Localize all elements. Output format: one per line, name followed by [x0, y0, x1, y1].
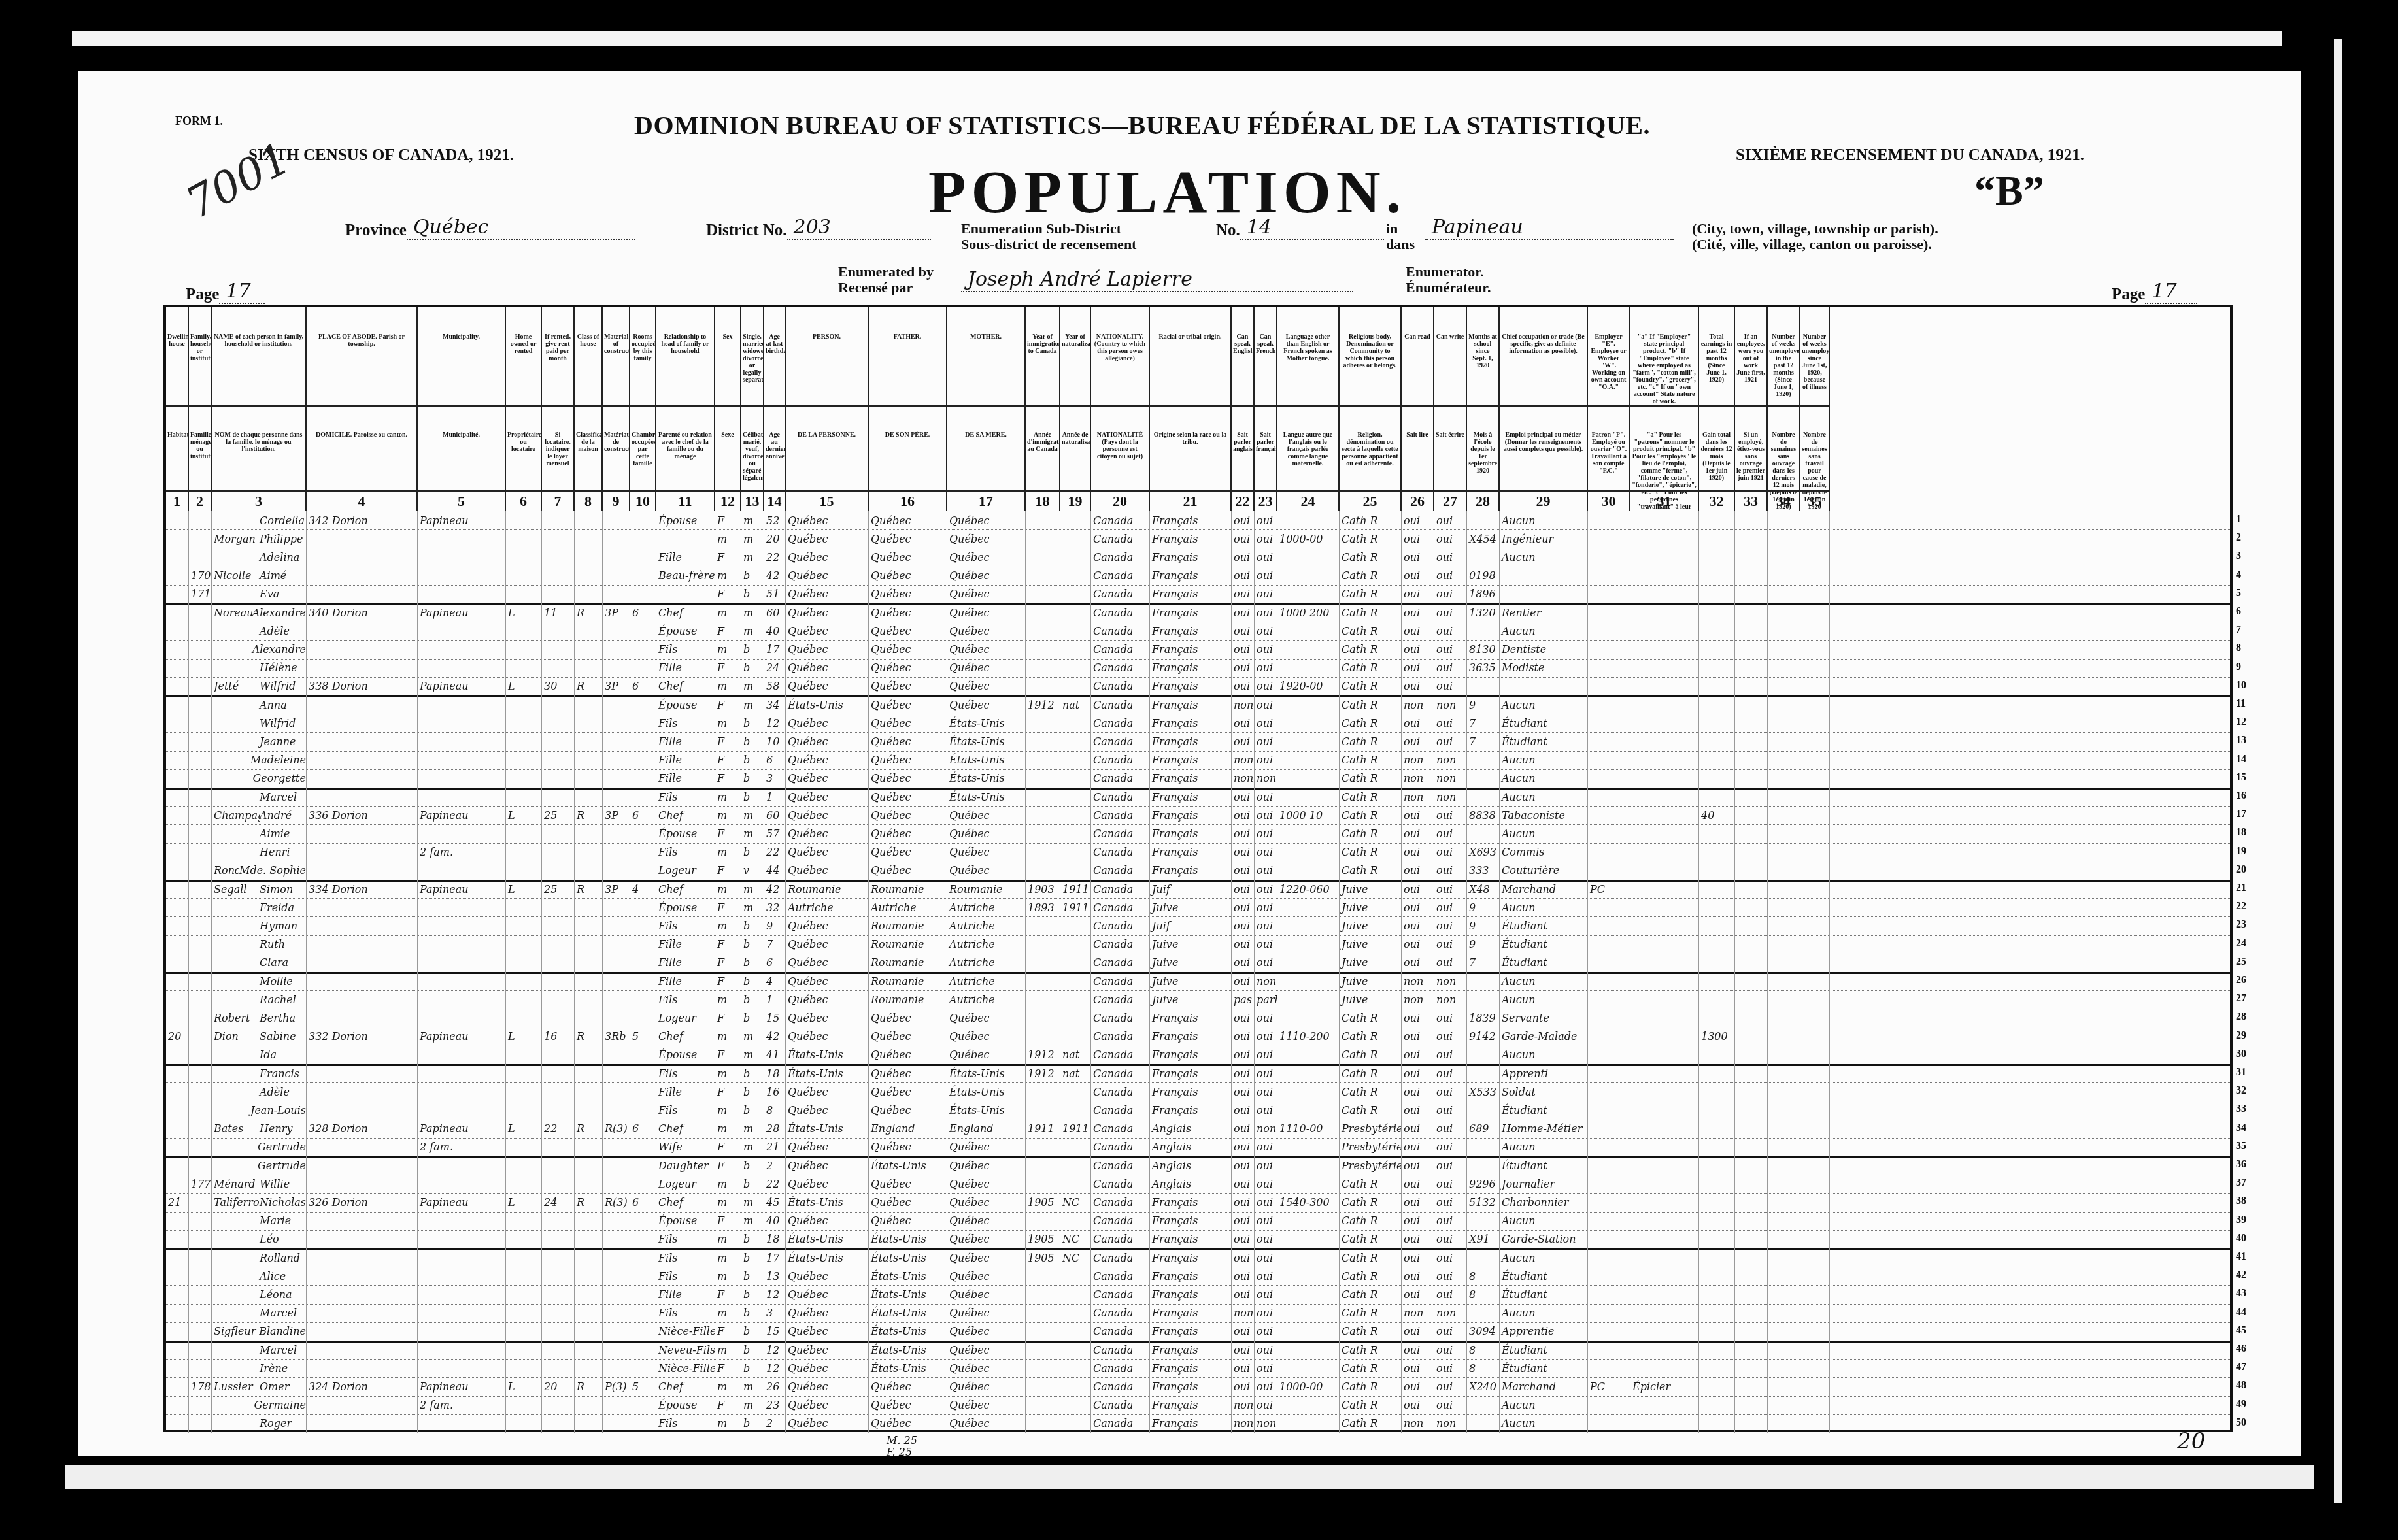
- cell-birth-mother: Québec: [947, 529, 1026, 548]
- cell-out-of-work: [1735, 1028, 1768, 1046]
- cell-birth-person: Québec: [786, 935, 869, 954]
- table-row: 170NicolleAiméBeau-frèremb42QuébecQuébec…: [166, 567, 2230, 586]
- cell-tenure: [506, 1230, 542, 1248]
- cell-employer: [1588, 916, 1630, 935]
- header-divider: [418, 490, 505, 492]
- cell-dwelling: [166, 603, 189, 622]
- cell-birth-mother: Québec: [947, 622, 1026, 640]
- enumerated-by-label: Enumerated by Recensé par: [838, 264, 934, 295]
- cell-municipality: [418, 695, 506, 714]
- cell-birth-person: Québec: [786, 1082, 869, 1101]
- cell-class: [575, 585, 603, 603]
- given-name: Irène: [260, 1362, 288, 1375]
- cell-earnings: [1699, 695, 1735, 714]
- cell-nationality: Canada: [1091, 990, 1150, 1009]
- cell-age: 17: [764, 1248, 786, 1267]
- cell-nationality: Canada: [1091, 585, 1150, 603]
- cell-nationality: Canada: [1091, 1377, 1150, 1396]
- cell-class: [575, 529, 603, 548]
- header-divider: [656, 490, 714, 492]
- cell-marital: b: [741, 1230, 764, 1248]
- cell-eng: oui: [1232, 1175, 1255, 1193]
- cell-earnings: [1699, 1046, 1735, 1064]
- place-hint: (City, town, village, township or parish…: [1692, 221, 1938, 252]
- cell-fre: non: [1255, 769, 1277, 788]
- cell-origin: Anglais: [1150, 1138, 1232, 1156]
- cell-rent: [542, 622, 575, 640]
- cell-immigration: [1026, 788, 1060, 806]
- cell-naturalization: [1060, 603, 1091, 622]
- cell-birth-person: Québec: [786, 1285, 869, 1303]
- cell-sex: m: [715, 880, 741, 898]
- cell-class: R: [575, 1377, 603, 1396]
- cell-abode: [307, 972, 418, 990]
- cell-naturalization: [1060, 1175, 1091, 1193]
- cell-school: 7: [1467, 954, 1500, 972]
- cell-age: 4: [764, 972, 786, 990]
- column-number: 34: [1768, 493, 1799, 510]
- cell-given: LussierOmer: [212, 1377, 307, 1396]
- cell-nationality: Canada: [1091, 1028, 1150, 1046]
- cell-occupation: Tabaconiste: [1500, 806, 1588, 824]
- cell-marital: m: [741, 1212, 764, 1230]
- cell-nationality: Canada: [1091, 1414, 1150, 1433]
- cell-rent: [542, 1046, 575, 1064]
- cell-weeks-illness: [1800, 732, 1830, 750]
- cell-origin: Français: [1150, 1028, 1232, 1046]
- cell-industry: [1630, 972, 1699, 990]
- cell-origin: Français: [1150, 1359, 1232, 1377]
- line-number: 8: [2236, 643, 2241, 654]
- cell-municipality: [418, 990, 506, 1009]
- cell-given: Eva: [212, 585, 307, 603]
- cell-abode: [307, 567, 418, 585]
- cell-class: R: [575, 1028, 603, 1046]
- cell-family: [189, 954, 212, 972]
- cell-birth-person: États-Unis: [786, 1046, 869, 1064]
- cell-municipality: [418, 622, 506, 640]
- cell-family: [189, 548, 212, 566]
- cell-out-of-work: [1735, 585, 1768, 603]
- cell-birth-person: Québec: [786, 677, 869, 695]
- province-label: Province: [345, 222, 407, 240]
- cell-rooms: [630, 935, 656, 954]
- cell-employer: [1588, 1267, 1630, 1285]
- cell-religion: Cath R: [1340, 824, 1402, 843]
- cell-dwelling: [166, 1285, 189, 1303]
- cell-school: 9: [1467, 898, 1500, 916]
- cell-nationality: Canada: [1091, 916, 1150, 935]
- cell-birth-person: États-Unis: [786, 1248, 869, 1267]
- cell-material: [603, 788, 630, 806]
- cell-sex: F: [715, 769, 741, 788]
- cell-employer: [1588, 511, 1630, 529]
- cell-nationality: Canada: [1091, 1341, 1150, 1359]
- cell-occupation: Aucun: [1500, 972, 1588, 990]
- cell-immigration: [1026, 1101, 1060, 1119]
- cell-origin: Français: [1150, 567, 1232, 585]
- cell-eng: oui: [1232, 806, 1255, 824]
- cell-rent: [542, 1341, 575, 1359]
- cell-given: Marcel: [212, 788, 307, 806]
- cell-class: [575, 862, 603, 880]
- cell-write: oui: [1434, 1009, 1467, 1027]
- cell-eng: non: [1232, 769, 1255, 788]
- cell-rent: [542, 751, 575, 769]
- cell-earnings: [1699, 880, 1735, 898]
- cell-abode: [307, 862, 418, 880]
- no-value: 14: [1240, 216, 1384, 240]
- cell-tenure: [506, 751, 542, 769]
- given-name: Nicholas: [260, 1196, 306, 1209]
- cell-mother-tongue: [1277, 1396, 1340, 1414]
- cell-sex: F: [715, 548, 741, 566]
- cell-fre: oui: [1255, 659, 1277, 677]
- cell-rent: [542, 659, 575, 677]
- column-header-fr: DE SA MÈRE.: [949, 431, 1023, 439]
- cell-class: [575, 1322, 603, 1341]
- cell-industry: [1630, 1101, 1699, 1119]
- cell-marital: b: [741, 1267, 764, 1285]
- cell-family: [189, 880, 212, 898]
- cell-weeks-unemployed: [1768, 548, 1800, 566]
- given-name: Mde. Sophie: [239, 864, 306, 877]
- cell-material: [603, 585, 630, 603]
- column-number: 1: [166, 493, 188, 510]
- table-row: 178LussierOmer324 DorionPapineauL20RP(3)…: [166, 1377, 2230, 1396]
- cell-out-of-work: [1735, 1304, 1768, 1322]
- cell-mother-tongue: [1277, 1359, 1340, 1377]
- column-header-fr: Sait écrire: [1436, 431, 1464, 439]
- cell-out-of-work: [1735, 954, 1768, 972]
- column-header-17: MOTHER.DE SA MÈRE.17: [947, 307, 1026, 511]
- column-header-23: Can speak FrenchSait parler français23: [1255, 307, 1277, 511]
- cell-naturalization: 1911: [1060, 880, 1091, 898]
- cell-eng: oui: [1232, 1082, 1255, 1101]
- cell-weeks-illness: [1800, 824, 1830, 843]
- cell-rent: [542, 732, 575, 750]
- cell-fre: oui: [1255, 1046, 1277, 1064]
- cell-rent: [542, 529, 575, 548]
- table-row: AlexandreFilsmb17QuébecQuébecQuébecCanad…: [166, 640, 2230, 659]
- cell-given: Georgette: [212, 769, 307, 788]
- cell-weeks-unemployed: [1768, 1156, 1800, 1175]
- cell-abode: [307, 622, 418, 640]
- cell-occupation: Aucun: [1500, 1046, 1588, 1064]
- cell-out-of-work: [1735, 695, 1768, 714]
- cell-write: oui: [1434, 1377, 1467, 1396]
- table-row: GeorgetteFilleFb3QuébecQuébecÉtats-UnisC…: [166, 769, 2230, 790]
- cell-mother-tongue: [1277, 954, 1340, 972]
- given-name: Francis: [260, 1067, 299, 1080]
- cell-sex: F: [715, 1322, 741, 1341]
- cell-origin: Français: [1150, 788, 1232, 806]
- cell-material: [603, 769, 630, 788]
- header-divider: [1588, 490, 1629, 492]
- cell-birth-person: Québec: [786, 751, 869, 769]
- cell-given: Ruth: [212, 935, 307, 954]
- cell-occupation: Dentiste: [1500, 640, 1588, 658]
- cell-abode: [307, 695, 418, 714]
- cell-read: oui: [1402, 1138, 1434, 1156]
- cell-class: R: [575, 677, 603, 695]
- cell-fre: oui: [1255, 806, 1277, 824]
- cell-employer: [1588, 1322, 1630, 1341]
- given-name: Willie: [260, 1178, 290, 1190]
- cell-age: 3: [764, 769, 786, 788]
- cell-occupation: Aucun: [1500, 769, 1588, 788]
- cell-tenure: L: [506, 603, 542, 622]
- cell-dwelling: [166, 751, 189, 769]
- cell-abode: [307, 1414, 418, 1433]
- cell-rooms: [630, 954, 656, 972]
- cell-abode: [307, 1359, 418, 1377]
- cell-birth-person: Québec: [786, 1028, 869, 1046]
- cell-read: oui: [1402, 1064, 1434, 1082]
- cell-school: [1467, 1046, 1500, 1064]
- cell-fre: oui: [1255, 1028, 1277, 1046]
- line-number: 20: [2236, 864, 2246, 876]
- cell-municipality: [418, 1156, 506, 1175]
- cell-fre: oui: [1255, 695, 1277, 714]
- column-header-fr: Religion, dénomination ou secte à laquel…: [1341, 431, 1399, 467]
- table-row: RobertBerthaLogeurFb15QuébecQuébecQuébec…: [166, 1009, 2230, 1028]
- cell-sex: F: [715, 862, 741, 880]
- cell-fre: oui: [1255, 880, 1277, 898]
- cell-marital: b: [741, 1359, 764, 1377]
- cell-abode: 324 Dorion: [307, 1377, 418, 1396]
- cell-birth-mother: Québec: [947, 806, 1026, 824]
- cell-rent: [542, 640, 575, 658]
- cell-immigration: 1903: [1026, 880, 1060, 898]
- cell-out-of-work: [1735, 511, 1768, 529]
- cell-material: [603, 659, 630, 677]
- cell-birth-mother: Québec: [947, 1028, 1026, 1046]
- page-value-right: 17: [2145, 280, 2197, 304]
- cell-write: oui: [1434, 511, 1467, 529]
- cell-marital: m: [741, 622, 764, 640]
- cell-rent: [542, 1175, 575, 1193]
- cell-school: 1896: [1467, 585, 1500, 603]
- cell-birth-mother: Québec: [947, 677, 1026, 695]
- cell-religion: Cath R: [1340, 1285, 1402, 1303]
- line-number: 41: [2236, 1251, 2246, 1263]
- cell-relation: Épouse: [656, 511, 715, 529]
- header-divider: [1735, 405, 1766, 407]
- cell-fre: oui: [1255, 1304, 1277, 1322]
- table-row: JeanneFilleFb10QuébecQuébecÉtats-UnisCan…: [166, 732, 2230, 751]
- cell-rooms: [630, 1064, 656, 1082]
- cell-school: 5132: [1467, 1193, 1500, 1211]
- cell-eng: oui: [1232, 880, 1255, 898]
- cell-family: [189, 603, 212, 622]
- cell-tenure: L: [506, 1028, 542, 1046]
- cell-nationality: Canada: [1091, 1193, 1150, 1211]
- cell-weeks-illness: [1800, 1414, 1830, 1433]
- cell-rent: [542, 990, 575, 1009]
- cell-tenure: [506, 1285, 542, 1303]
- cell-dwelling: [166, 1341, 189, 1359]
- cell-religion: Cath R: [1340, 1064, 1402, 1082]
- cell-nationality: Canada: [1091, 1285, 1150, 1303]
- cell-occupation: Aucun: [1500, 751, 1588, 769]
- line-number: 34: [2236, 1122, 2246, 1134]
- cell-relation: Épouse: [656, 1396, 715, 1414]
- header-divider: [575, 405, 601, 407]
- cell-school: [1467, 751, 1500, 769]
- cell-birth-mother: Québec: [947, 1341, 1026, 1359]
- column-number: 25: [1340, 493, 1400, 510]
- cell-eng: oui: [1232, 898, 1255, 916]
- cell-rent: [542, 1322, 575, 1341]
- cell-fre: oui: [1255, 1267, 1277, 1285]
- cell-religion: Cath R: [1340, 1341, 1402, 1359]
- cell-naturalization: [1060, 1082, 1091, 1101]
- cell-read: oui: [1402, 1248, 1434, 1267]
- cell-employer: [1588, 972, 1630, 990]
- given-name: Jeanne: [260, 735, 296, 748]
- cell-occupation: Marchand: [1500, 1377, 1588, 1396]
- cell-relation: Wife: [656, 1138, 715, 1156]
- cell-write: oui: [1434, 1212, 1467, 1230]
- cell-read: oui: [1402, 916, 1434, 935]
- cell-nationality: Canada: [1091, 788, 1150, 806]
- line-number: 42: [2236, 1269, 2246, 1281]
- cell-marital: b: [741, 1101, 764, 1119]
- cell-abode: 342 Dorion: [307, 511, 418, 529]
- cell-immigration: [1026, 1009, 1060, 1027]
- cell-out-of-work: [1735, 972, 1768, 990]
- header-divider: [630, 490, 655, 492]
- column-header-en: PLACE OF ABODE. Parish or township.: [308, 333, 415, 348]
- cell-rooms: [630, 1230, 656, 1248]
- cell-earnings: [1699, 511, 1735, 529]
- cell-mother-tongue: [1277, 1322, 1340, 1341]
- cell-eng: oui: [1232, 1322, 1255, 1341]
- cell-school: [1467, 622, 1500, 640]
- column-header-fr: NATIONALITÉ (Pays dont la personne est c…: [1092, 431, 1147, 460]
- cell-sex: F: [715, 695, 741, 714]
- cell-rooms: [630, 732, 656, 750]
- cell-fre: oui: [1255, 567, 1277, 585]
- cell-age: 2: [764, 1414, 786, 1433]
- cell-municipality: [418, 1322, 506, 1341]
- cell-naturalization: NC: [1060, 1193, 1091, 1211]
- line-number: 27: [2236, 993, 2246, 1005]
- cell-birth-person: Québec: [786, 1359, 869, 1377]
- cell-weeks-illness: [1800, 1028, 1830, 1046]
- cell-rent: [542, 1359, 575, 1377]
- cell-school: [1467, 1064, 1500, 1082]
- cell-weeks-unemployed: [1768, 1175, 1800, 1193]
- cell-rent: [542, 1138, 575, 1156]
- cell-tenure: [506, 1009, 542, 1027]
- cell-weeks-illness: [1800, 1304, 1830, 1322]
- column-header-30: Employer "E". Employee or Worker "W". Wo…: [1588, 307, 1630, 511]
- cell-rooms: [630, 585, 656, 603]
- cell-abode: [307, 990, 418, 1009]
- cell-weeks-unemployed: [1768, 640, 1800, 658]
- cell-read: oui: [1402, 622, 1434, 640]
- cell-family: [189, 751, 212, 769]
- cell-industry: [1630, 1175, 1699, 1193]
- cell-employer: [1588, 1082, 1630, 1101]
- cell-class: [575, 788, 603, 806]
- cell-sex: m: [715, 1414, 741, 1433]
- cell-material: [603, 1046, 630, 1064]
- cell-dwelling: [166, 788, 189, 806]
- cell-given: Rachel: [212, 990, 307, 1009]
- cell-out-of-work: [1735, 659, 1768, 677]
- cell-school: [1467, 1101, 1500, 1119]
- cell-naturalization: [1060, 659, 1091, 677]
- cell-eng: oui: [1232, 1138, 1255, 1156]
- cell-given: NoreauAlexandre: [212, 603, 307, 622]
- cell-dwelling: [166, 1101, 189, 1119]
- cell-school: 9: [1467, 916, 1500, 935]
- cell-employer: [1588, 529, 1630, 548]
- cell-abode: [307, 714, 418, 732]
- cell-family: [189, 1009, 212, 1027]
- cell-tenure: [506, 732, 542, 750]
- cell-abode: [307, 659, 418, 677]
- cell-read: oui: [1402, 1028, 1434, 1046]
- cell-municipality: [418, 898, 506, 916]
- cell-sex: F: [715, 1285, 741, 1303]
- given-name: Wilfrid: [260, 680, 296, 692]
- column-header-en: Total earnings in past 12 months (Since …: [1700, 333, 1732, 384]
- cell-employer: [1588, 1064, 1630, 1082]
- cell-write: oui: [1434, 954, 1467, 972]
- table-row: BatesHenry328 DorionPapineauL22RR(3)6Che…: [166, 1120, 2230, 1139]
- cell-rent: [542, 1064, 575, 1082]
- cell-rent: 25: [542, 880, 575, 898]
- surname: Noreau: [214, 607, 252, 619]
- cell-school: [1467, 1414, 1500, 1433]
- cell-municipality: [418, 1304, 506, 1322]
- cell-out-of-work: [1735, 1046, 1768, 1064]
- header-divider: [1467, 405, 1498, 407]
- cell-given: TaliferroNicholas: [212, 1193, 307, 1211]
- cell-abode: [307, 1212, 418, 1230]
- cell-marital: m: [741, 1046, 764, 1064]
- cell-family: [189, 1046, 212, 1064]
- cell-age: 7: [764, 935, 786, 954]
- cell-rooms: 5: [630, 1377, 656, 1396]
- cell-origin: Français: [1150, 1230, 1232, 1248]
- cell-weeks-illness: [1800, 677, 1830, 695]
- cell-immigration: [1026, 1028, 1060, 1046]
- cell-fre: non: [1255, 1414, 1277, 1433]
- cell-birth-father: Roumanie: [869, 916, 947, 935]
- cell-birth-mother: Québec: [947, 1359, 1026, 1377]
- given-name: Hélène: [260, 661, 297, 674]
- line-number: 29: [2236, 1030, 2246, 1042]
- cell-occupation: Apprentie: [1500, 1322, 1588, 1341]
- cell-fre: non: [1255, 972, 1277, 990]
- cell-immigration: 1905: [1026, 1193, 1060, 1211]
- cell-industry: [1630, 1341, 1699, 1359]
- cell-dwelling: [166, 1230, 189, 1248]
- cell-mother-tongue: 1000 200: [1277, 603, 1340, 622]
- cell-read: oui: [1402, 677, 1434, 695]
- cell-relation: Chef: [656, 1028, 715, 1046]
- cell-sex: m: [715, 1304, 741, 1322]
- cell-tenure: [506, 898, 542, 916]
- cell-rooms: 6: [630, 1120, 656, 1138]
- cell-rent: [542, 1267, 575, 1285]
- column-header-en: Can write: [1436, 333, 1464, 341]
